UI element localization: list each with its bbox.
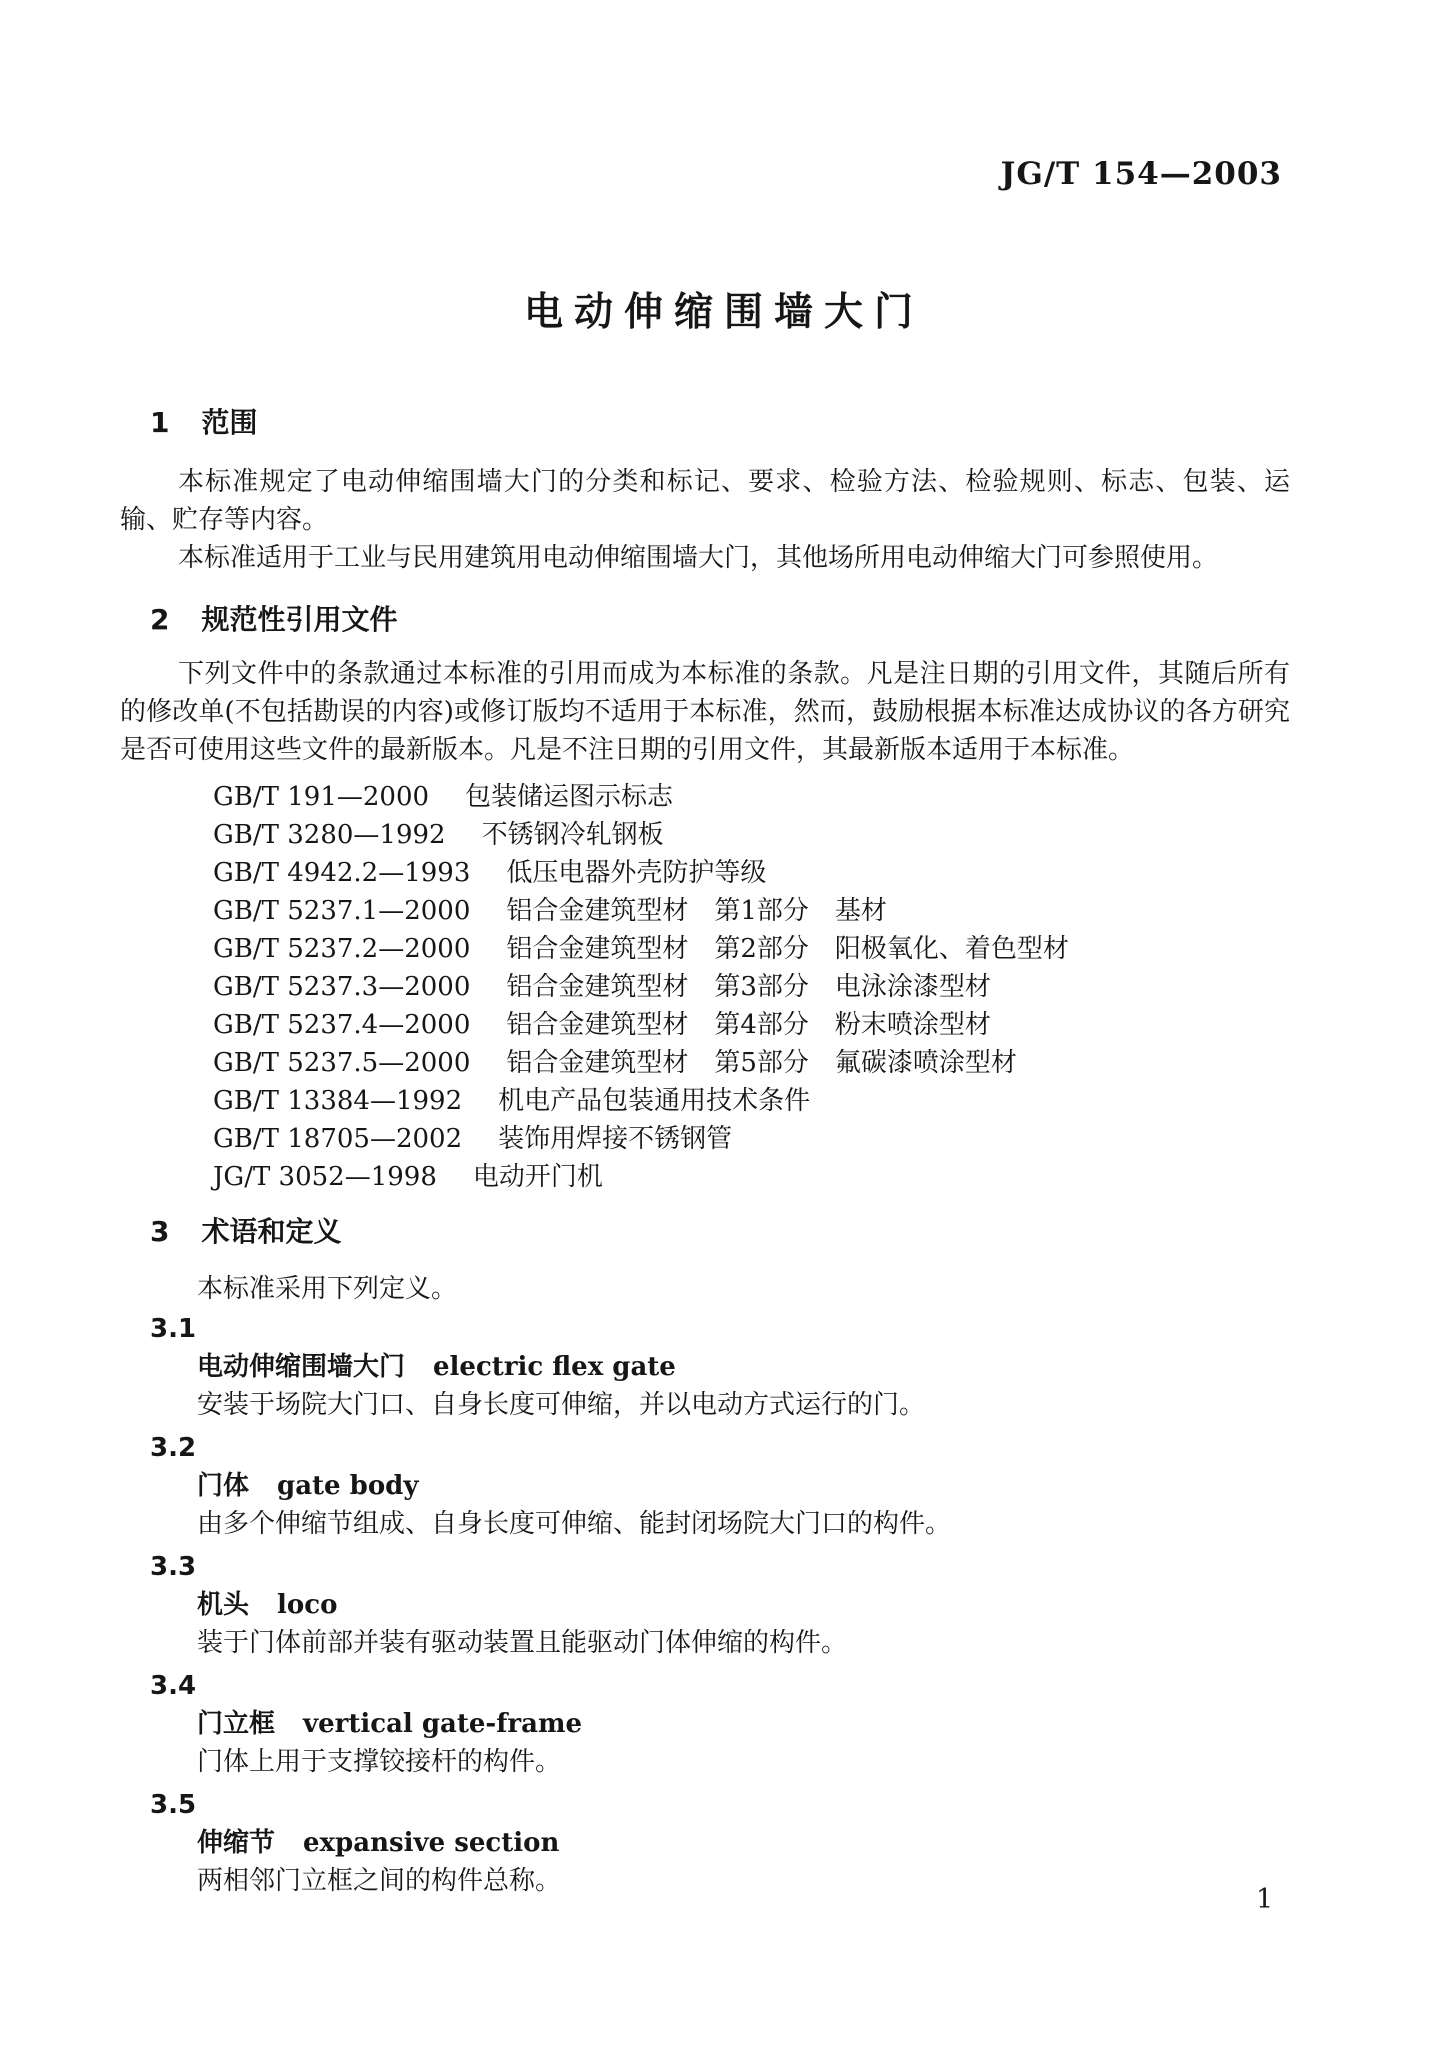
reference-list: GB/T 191—2000包装储运图示标志 GB/T 3280—1992不锈钢冷…: [213, 778, 1290, 1196]
terms-intro: 本标准采用下列定义。: [197, 1270, 1290, 1308]
reference-item: JG/T 3052—1998电动开门机: [213, 1158, 1290, 1196]
reference-item: GB/T 5237.4—2000铝合金建筑型材 第4部分 粉末喷涂型材: [213, 1006, 1290, 1044]
standard-code: JG/T 154—2003: [1001, 156, 1282, 192]
page-number: 1: [1256, 1884, 1273, 1915]
clause-number: 3.3: [150, 1548, 1290, 1586]
reference-code: GB/T 5237.3—2000: [213, 968, 470, 1006]
term-definition: 由多个伸缩节组成、自身长度可伸缩、能封闭场院大门口的构件。: [197, 1505, 1290, 1543]
reference-title: 包装储运图示标志: [465, 778, 673, 816]
section-number: 1: [150, 403, 169, 443]
reference-item: GB/T 191—2000包装储运图示标志: [213, 778, 1290, 816]
reference-item: GB/T 4942.2—1993低压电器外壳防护等级: [213, 854, 1290, 892]
document-title: 电动伸缩围墙大门: [0, 281, 1448, 337]
reference-title: 铝合金建筑型材 第3部分 电泳涂漆型材: [506, 968, 991, 1006]
section-heading-scope: 1范围: [150, 403, 1290, 443]
reference-title: 低压电器外壳防护等级: [506, 854, 766, 892]
reference-code: GB/T 3280—1992: [213, 816, 446, 854]
term-zh: 电动伸缩围墙大门: [197, 1352, 405, 1382]
term-zh: 门体: [197, 1471, 249, 1501]
section-title: 规范性引用文件: [201, 603, 397, 636]
scope-paragraph: 本标准规定了电动伸缩围墙大门的分类和标记、要求、检验方法、检验规则、标志、包装、…: [120, 463, 1290, 539]
reference-title: 电动开门机: [473, 1158, 603, 1196]
reference-code: GB/T 5237.4—2000: [213, 1006, 470, 1044]
term-line: 机头loco: [197, 1586, 1290, 1624]
definition-block: 3.3 机头loco 装于门体前部并装有驱动装置且能驱动门体伸缩的构件。: [120, 1548, 1290, 1662]
reference-code: JG/T 3052—1998: [213, 1158, 437, 1196]
scope-paragraph: 本标准适用于工业与民用建筑用电动伸缩围墙大门，其他场所用电动伸缩大门可参照使用。: [120, 539, 1290, 577]
document-body: 1范围 本标准规定了电动伸缩围墙大门的分类和标记、要求、检验方法、检验规则、标志…: [120, 403, 1290, 1900]
reference-item: GB/T 3280—1992不锈钢冷轧钢板: [213, 816, 1290, 854]
term-zh: 门立框: [197, 1709, 275, 1739]
reference-title: 铝合金建筑型材 第1部分 基材: [506, 892, 887, 930]
definition-block: 3.2 门体gate body 由多个伸缩节组成、自身长度可伸缩、能封闭场院大门…: [120, 1429, 1290, 1543]
reference-item: GB/T 5237.1—2000铝合金建筑型材 第1部分 基材: [213, 892, 1290, 930]
reference-item: GB/T 5237.3—2000铝合金建筑型材 第3部分 电泳涂漆型材: [213, 968, 1290, 1006]
reference-title: 机电产品包装通用技术条件: [498, 1082, 810, 1120]
section-heading-normative-references: 2规范性引用文件: [150, 600, 1290, 640]
reference-code: GB/T 5237.5—2000: [213, 1044, 470, 1082]
clause-number: 3.4: [150, 1667, 1290, 1705]
reference-title: 铝合金建筑型材 第2部分 阳极氧化、着色型材: [506, 930, 1069, 968]
term-zh: 伸缩节: [197, 1828, 275, 1858]
reference-code: GB/T 18705—2002: [213, 1120, 462, 1158]
term-definition: 门体上用于支撑铰接杆的构件。: [197, 1743, 1290, 1781]
term-en: gate body: [277, 1471, 418, 1501]
section-number: 2: [150, 600, 169, 640]
reference-code: GB/T 13384—1992: [213, 1082, 462, 1120]
reference-title: 铝合金建筑型材 第4部分 粉末喷涂型材: [506, 1006, 991, 1044]
definition-list: 3.1 电动伸缩围墙大门electric flex gate 安装于场院大门口、…: [120, 1310, 1290, 1900]
clause-number: 3.1: [150, 1310, 1290, 1348]
term-definition: 安装于场院大门口、自身长度可伸缩，并以电动方式运行的门。: [197, 1386, 1290, 1424]
reference-code: GB/T 191—2000: [213, 778, 429, 816]
section-heading-terms: 3术语和定义: [150, 1212, 1290, 1252]
reference-title: 不锈钢冷轧钢板: [482, 816, 664, 854]
reference-code: GB/T 5237.1—2000: [213, 892, 470, 930]
term-definition: 两相邻门立框之间的构件总称。: [197, 1862, 1290, 1900]
section-title: 范围: [201, 406, 257, 439]
definition-block: 3.5 伸缩节expansive section 两相邻门立框之间的构件总称。: [120, 1786, 1290, 1900]
term-line: 电动伸缩围墙大门electric flex gate: [197, 1348, 1290, 1386]
section-title: 术语和定义: [201, 1215, 341, 1248]
term-line: 伸缩节expansive section: [197, 1824, 1290, 1862]
term-line: 门体gate body: [197, 1467, 1290, 1505]
reference-code: GB/T 5237.2—2000: [213, 930, 470, 968]
normative-references-intro: 下列文件中的条款通过本标准的引用而成为本标准的条款。凡是注日期的引用文件，其随后…: [120, 655, 1290, 769]
term-en: electric flex gate: [433, 1352, 676, 1382]
reference-title: 装饰用焊接不锈钢管: [498, 1120, 732, 1158]
reference-item: GB/T 18705—2002装饰用焊接不锈钢管: [213, 1120, 1290, 1158]
definition-block: 3.4 门立框vertical gate-frame 门体上用于支撑铰接杆的构件…: [120, 1667, 1290, 1781]
term-line: 门立框vertical gate-frame: [197, 1705, 1290, 1743]
reference-code: GB/T 4942.2—1993: [213, 854, 470, 892]
reference-item: GB/T 13384—1992机电产品包装通用技术条件: [213, 1082, 1290, 1120]
reference-item: GB/T 5237.2—2000铝合金建筑型材 第2部分 阳极氧化、着色型材: [213, 930, 1290, 968]
clause-number: 3.2: [150, 1429, 1290, 1467]
term-definition: 装于门体前部并装有驱动装置且能驱动门体伸缩的构件。: [197, 1624, 1290, 1662]
clause-number: 3.5: [150, 1786, 1290, 1824]
reference-item: GB/T 5237.5—2000铝合金建筑型材 第5部分 氟碳漆喷涂型材: [213, 1044, 1290, 1082]
term-en: expansive section: [303, 1828, 559, 1858]
document-page: JG/T 154—2003 电动伸缩围墙大门 1范围 本标准规定了电动伸缩围墙大…: [0, 0, 1448, 2048]
term-zh: 机头: [197, 1590, 249, 1620]
term-en: loco: [277, 1590, 337, 1620]
section-number: 3: [150, 1212, 169, 1252]
definition-block: 3.1 电动伸缩围墙大门electric flex gate 安装于场院大门口、…: [120, 1310, 1290, 1424]
term-en: vertical gate-frame: [303, 1709, 582, 1739]
reference-title: 铝合金建筑型材 第5部分 氟碳漆喷涂型材: [506, 1044, 1017, 1082]
